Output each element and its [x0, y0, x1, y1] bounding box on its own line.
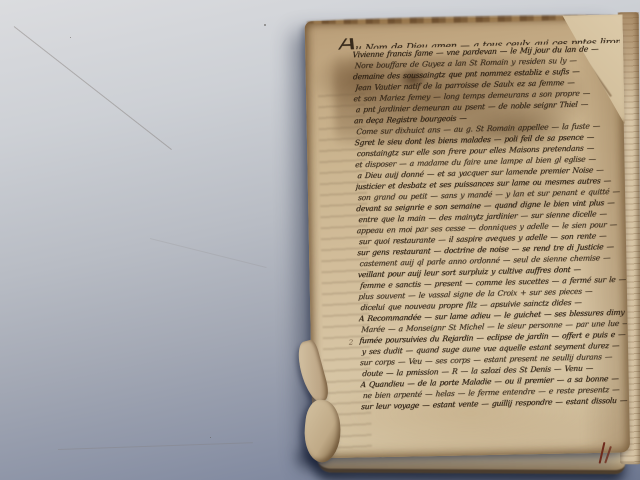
dust-speck [70, 37, 71, 38]
surface-scratch [58, 442, 253, 450]
surface-scratch [150, 238, 267, 268]
margin-mark: 2 [349, 339, 354, 347]
dust-speck [210, 437, 211, 438]
dust-speck [264, 24, 266, 26]
red-ink-mark [597, 442, 614, 472]
surface-scratch [14, 26, 172, 150]
photo-scene: Au Nom de Dieu amen — a tous ceulx qui c… [0, 0, 640, 480]
manuscript-book: Au Nom de Dieu amen — a tous ceulx qui c… [294, 2, 640, 476]
handwritten-text-block: Au Nom de Dieu amen — a tous ceulx qui c… [352, 32, 629, 412]
manuscript-page: Au Nom de Dieu amen — a tous ceulx qui c… [305, 15, 630, 458]
